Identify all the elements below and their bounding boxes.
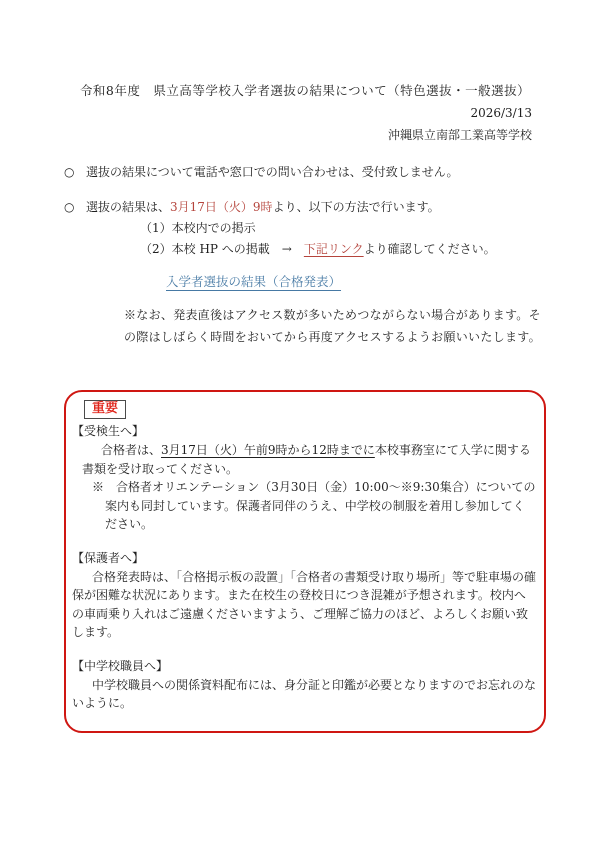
examinees-p1-deadline: 3月17日（火）午前9時から12時までに: [161, 443, 375, 457]
document-title: 令和8年度 県立高等学校入学者選抜の結果について（特色選抜・一般選抜）: [64, 80, 546, 102]
below-link-reference[interactable]: 下記リンク: [304, 242, 364, 256]
important-badge: 重要: [84, 400, 126, 419]
method-website-post: より確認してください。: [364, 242, 496, 256]
method-list: （1）本校内での掲示 （2）本校 HP への掲載 → 下記リンクより確認してくだ…: [64, 218, 546, 259]
announcement-document: 令和8年度 県立高等学校入学者選抜の結果について（特色選抜・一般選抜） 2026…: [0, 0, 600, 849]
guardians-paragraph: 合格発表時は、「合格掲示板の設置」「合格者の書類受け取り場所」等で駐車場の確保が…: [72, 568, 536, 642]
staff-heading: 【中学校職員へ】: [72, 657, 536, 676]
result-link-row: 入学者選抜の結果（合格発表）: [64, 271, 546, 290]
announcement-date-highlight: 3月17日（火）9時: [170, 200, 273, 214]
announcement-pre: 選抜の結果は、: [86, 200, 170, 214]
staff-paragraph: 中学校職員への関係資料配布には、身分証と印鑑が必要となりますのでお忘れのないよう…: [72, 676, 536, 713]
result-announcement-link[interactable]: 入学者選抜の結果（合格発表）: [166, 272, 351, 290]
school-name: 沖縄県立南部工業高等学校: [64, 124, 546, 146]
notice-announcement: ○選抜の結果は、3月17日（火）9時より、以下の方法で行います。: [64, 197, 546, 218]
method-item-website: （2）本校 HP への掲載 → 下記リンクより確認してください。: [140, 239, 546, 260]
important-notice-box: 重要 【受検生へ】 合格者は、3月17日（火）午前9時から12時までに本校事務室…: [64, 390, 546, 733]
guardians-heading: 【保護者へ】: [72, 549, 536, 568]
method-item-posting: （1）本校内での掲示: [140, 218, 546, 239]
examinees-p1-pre: 合格者は、: [101, 443, 161, 457]
notice-no-inquiry-text: 選抜の結果について電話や窓口での問い合わせは、受付致しません。: [86, 165, 458, 179]
circle-bullet-icon: ○: [64, 197, 86, 218]
access-congestion-note: ※なお、発表直後はアクセス数が多いためつながらない場合があります。その際はしばら…: [64, 305, 542, 348]
announcement-post: より、以下の方法で行います。: [273, 200, 440, 214]
method-website-pre: （2）本校 HP への掲載 →: [140, 242, 304, 256]
document-date: 2026/3/13: [64, 102, 546, 124]
notice-no-inquiry: ○選抜の結果について電話や窓口での問い合わせは、受付致しません。: [64, 162, 546, 183]
circle-bullet-icon: ○: [64, 162, 86, 183]
examinees-paragraph: 合格者は、3月17日（火）午前9時から12時までに本校事務室にて入学に関する書類…: [72, 441, 536, 478]
examinees-heading: 【受検生へ】: [72, 422, 536, 441]
orientation-note: ※ 合格者オリエンテーション（3月30日（金）10:00～※9:30集合）につい…: [72, 478, 536, 534]
